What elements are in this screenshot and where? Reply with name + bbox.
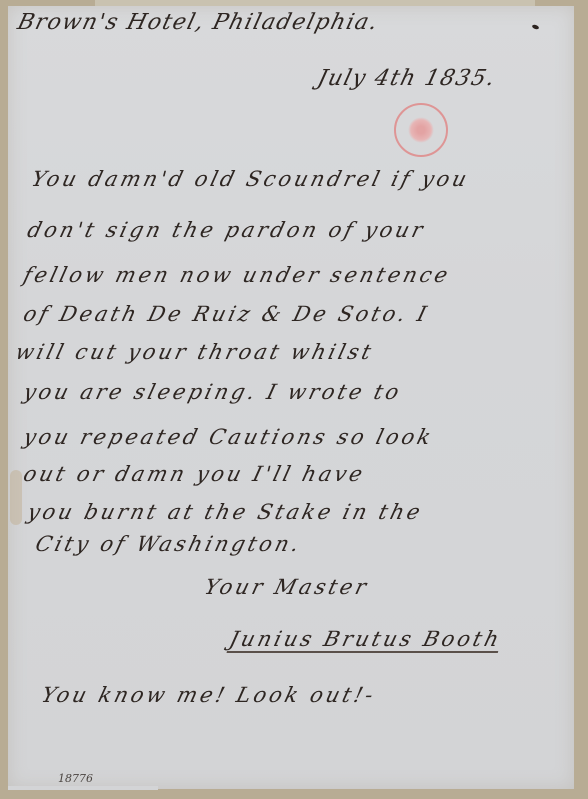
- letter-location: Brown's Hotel, Philadelphia.: [15, 10, 382, 35]
- body-line: you are sleeping. I wrote to: [21, 380, 404, 404]
- body-line: out or damn you I'll have: [21, 462, 368, 486]
- catalog-number: 18776: [58, 772, 93, 785]
- paper-edge: [8, 786, 158, 790]
- body-line: fellow men now under sentence: [21, 263, 453, 287]
- stamp-emblem: [408, 117, 434, 143]
- letter-closing: Your Master: [202, 575, 372, 599]
- paper-stain: [10, 470, 22, 525]
- body-line: You damn'd old Scoundrel if you: [29, 167, 472, 191]
- body-line: you repeated Cautions so look: [21, 425, 436, 449]
- body-line: don't sign the pardon of your: [25, 218, 428, 242]
- body-line: City of Washington.: [33, 532, 304, 556]
- body-line: you burnt at the Stake in the: [25, 500, 426, 524]
- library-stamp-icon: [394, 103, 448, 157]
- letter-date: July 4th 1835.: [315, 66, 499, 91]
- body-line: of Death De Ruiz & De Soto. I: [21, 302, 432, 326]
- body-line: will cut your throat whilst: [13, 340, 376, 364]
- letter-postscript: You know me! Look out!-: [39, 683, 379, 707]
- letter-signature: Junius Brutus Booth: [227, 627, 504, 651]
